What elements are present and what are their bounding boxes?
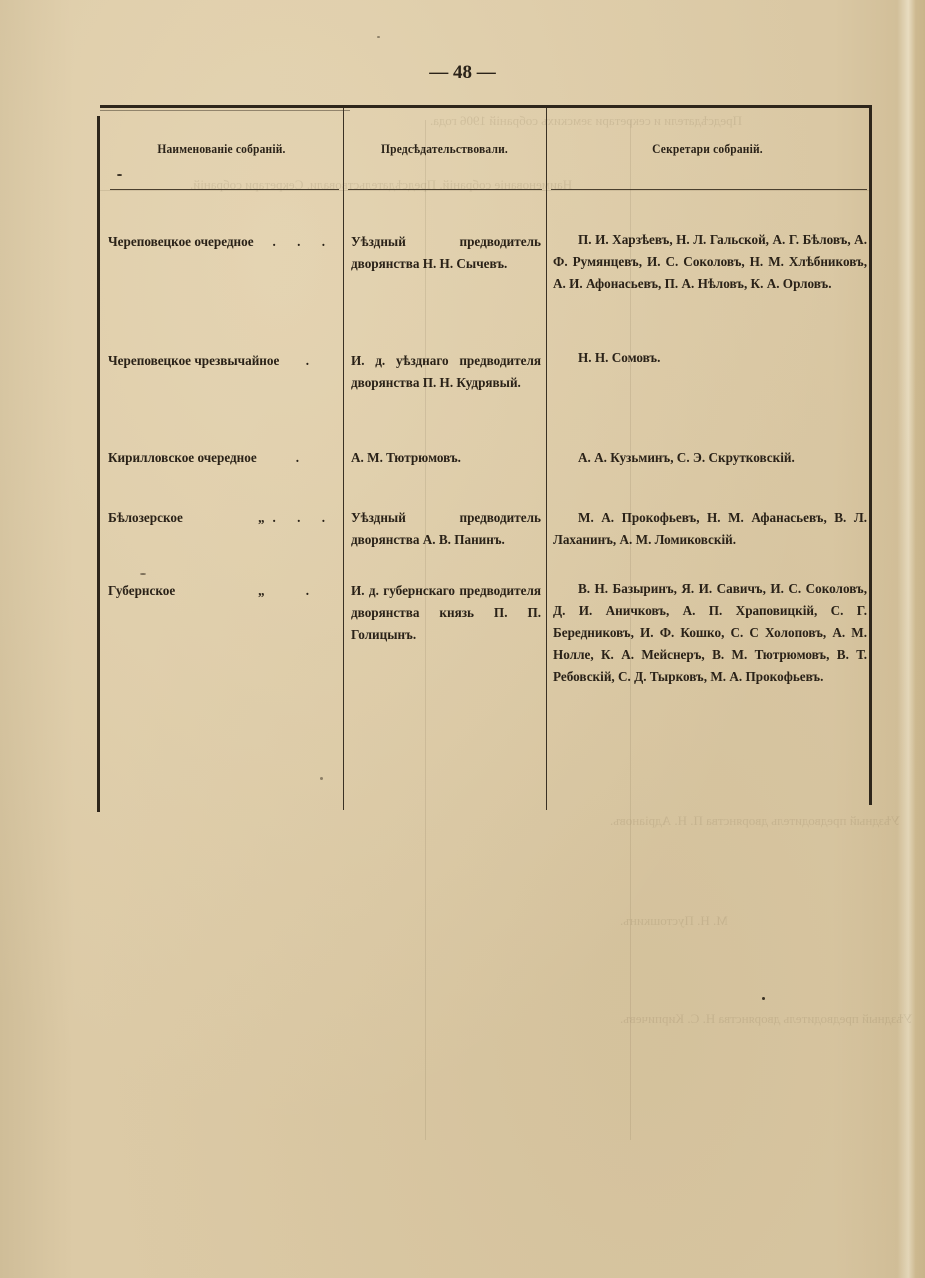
ghost-title: Предсѣдатели и секретари земскихъ собран… <box>430 112 742 130</box>
secretaries: П. И. Харзѣевъ, Н. Л. Гальской, А. Г. Бѣ… <box>553 229 867 295</box>
table-left-border <box>97 116 100 812</box>
chairman: А. М. Тютрюмовъ. <box>351 447 541 469</box>
dot-leader: . <box>306 580 318 602</box>
chairman: И. д. уѣзднаго предводителя дворянства П… <box>351 350 541 394</box>
header-chairmen: Предсѣдательствовали. <box>351 142 538 157</box>
dot-leader: . <box>296 447 308 469</box>
assembly-name: Губернское „ . <box>108 580 340 602</box>
column-divider <box>546 108 547 810</box>
ink-speck <box>140 573 146 575</box>
header-secretaries: Секретари собраній. <box>559 142 856 157</box>
dot-leader: . . . <box>273 231 334 253</box>
table-top-rule-thin <box>100 110 350 111</box>
assembly-name: Череповецкое очередное . . . <box>108 231 340 253</box>
ditto-mark: „ <box>258 507 265 529</box>
assembly-name-text: Череповецкое очередное <box>108 234 254 249</box>
assembly-name: Бѣлозерское „ . . . <box>108 507 340 529</box>
ink-speck <box>762 997 765 1000</box>
secretaries: А. А. Кузьминъ, С. Э. Скрутковскій. <box>553 447 867 469</box>
chairman: Уѣздный предводитель дворянства Н. Н. Сы… <box>351 231 541 275</box>
assembly-name: Череповецкое чрезвычайное . <box>108 350 340 372</box>
ghost-text: М. Н. Пустошкинъ. <box>620 912 728 930</box>
chairman: Уѣздный предводитель дворянства А. В. Па… <box>351 507 541 551</box>
assembly-name: Кирилловское очередное . <box>108 447 340 469</box>
chairman: И. д. губернскаго предводителя дворянств… <box>351 580 541 646</box>
header-separator <box>110 189 339 190</box>
header-name: Наименованіе собраній. <box>110 142 334 157</box>
table-top-rule <box>100 105 872 108</box>
ink-speck <box>377 36 380 38</box>
secretaries: В. Н. Базыринъ, Я. И. Савичъ, И. С. Соко… <box>553 578 867 688</box>
assembly-name-text: Череповецкое чрезвычайное <box>108 353 279 368</box>
dot-leader: . <box>306 350 318 372</box>
ghost-text: Уѣздный предводитель дворянства П. Н. Ад… <box>610 812 900 830</box>
assembly-name-text: Губернское <box>108 583 175 598</box>
header-separator <box>348 189 542 190</box>
secretaries: Н. Н. Сомовъ. <box>553 347 867 369</box>
assembly-name-text: Бѣлозерское <box>108 510 183 525</box>
ink-speck <box>320 777 323 780</box>
page-number: — 48 — <box>0 62 925 84</box>
column-divider <box>343 108 344 810</box>
ghost-text: Уѣздный предводитель дворянства Н. С. Ки… <box>620 1010 912 1028</box>
dot-leader: . . . <box>273 507 334 529</box>
ink-speck <box>117 174 122 176</box>
header-separator <box>551 189 867 190</box>
assembly-name-text: Кирилловское очередное <box>108 450 257 465</box>
table-right-border <box>869 107 872 805</box>
ditto-mark: „ <box>258 580 265 602</box>
secretaries: М. А. Прокофьевъ, Н. М. Афанасьевъ, В. Л… <box>553 507 867 551</box>
ghost-header: Наименованіе собраній. Предсѣдательствов… <box>190 176 572 194</box>
